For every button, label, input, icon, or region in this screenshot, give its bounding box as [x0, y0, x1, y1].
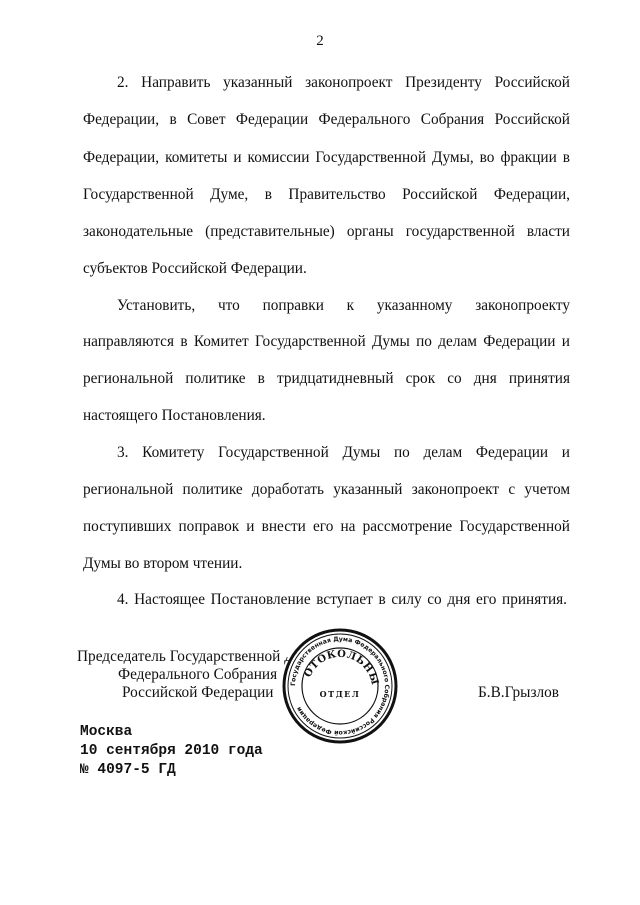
text-line: субъектов Российской Федерации. — [83, 260, 570, 278]
page-number: 2 — [0, 33, 640, 50]
signatory-title-line3: Российской Федерации — [122, 684, 273, 702]
text-line: Установить, что поправки к указанному за… — [117, 297, 570, 315]
text-line: законодательные (представительные) орган… — [83, 223, 570, 241]
official-stamp: Государственная Дума Федерального Собран… — [281, 625, 399, 747]
document-number: № 4097-5 ГД — [80, 762, 176, 778]
text-line: 4. Настоящее Постановление вступает в си… — [117, 591, 567, 609]
signatory-name: Б.В.Грызлов — [478, 684, 559, 702]
text-line: региональной политике в тридцатидневный … — [83, 370, 570, 388]
text-line: Федерации, в Совет Федерации Федеральног… — [83, 111, 570, 129]
date: 10 сентября 2010 года — [80, 743, 263, 759]
signatory-title-line2: Федерального Собрания — [118, 666, 277, 684]
text-line: региональной политике доработать указанн… — [83, 481, 570, 499]
city: Москва — [80, 724, 132, 740]
text-line: Думы во втором чтении. — [83, 555, 570, 573]
text-line: Государственной Думе, в Правительство Ро… — [83, 186, 570, 204]
stamp-icon: Государственная Дума Федерального Собран… — [281, 625, 399, 747]
text-line: 3. Комитету Государственной Думы по дела… — [117, 444, 570, 462]
text-line: Федерации, комитеты и комиссии Государст… — [83, 149, 570, 167]
svg-text:ОТДЕЛ: ОТДЕЛ — [320, 689, 361, 699]
text-line: направляются в Комитет Государственной Д… — [83, 333, 570, 351]
text-line: поступивших поправок и внести его на рас… — [83, 518, 570, 536]
text-line: 2. Направить указанный законопроект През… — [117, 74, 570, 92]
text-line: настоящего Постановления. — [83, 407, 570, 425]
